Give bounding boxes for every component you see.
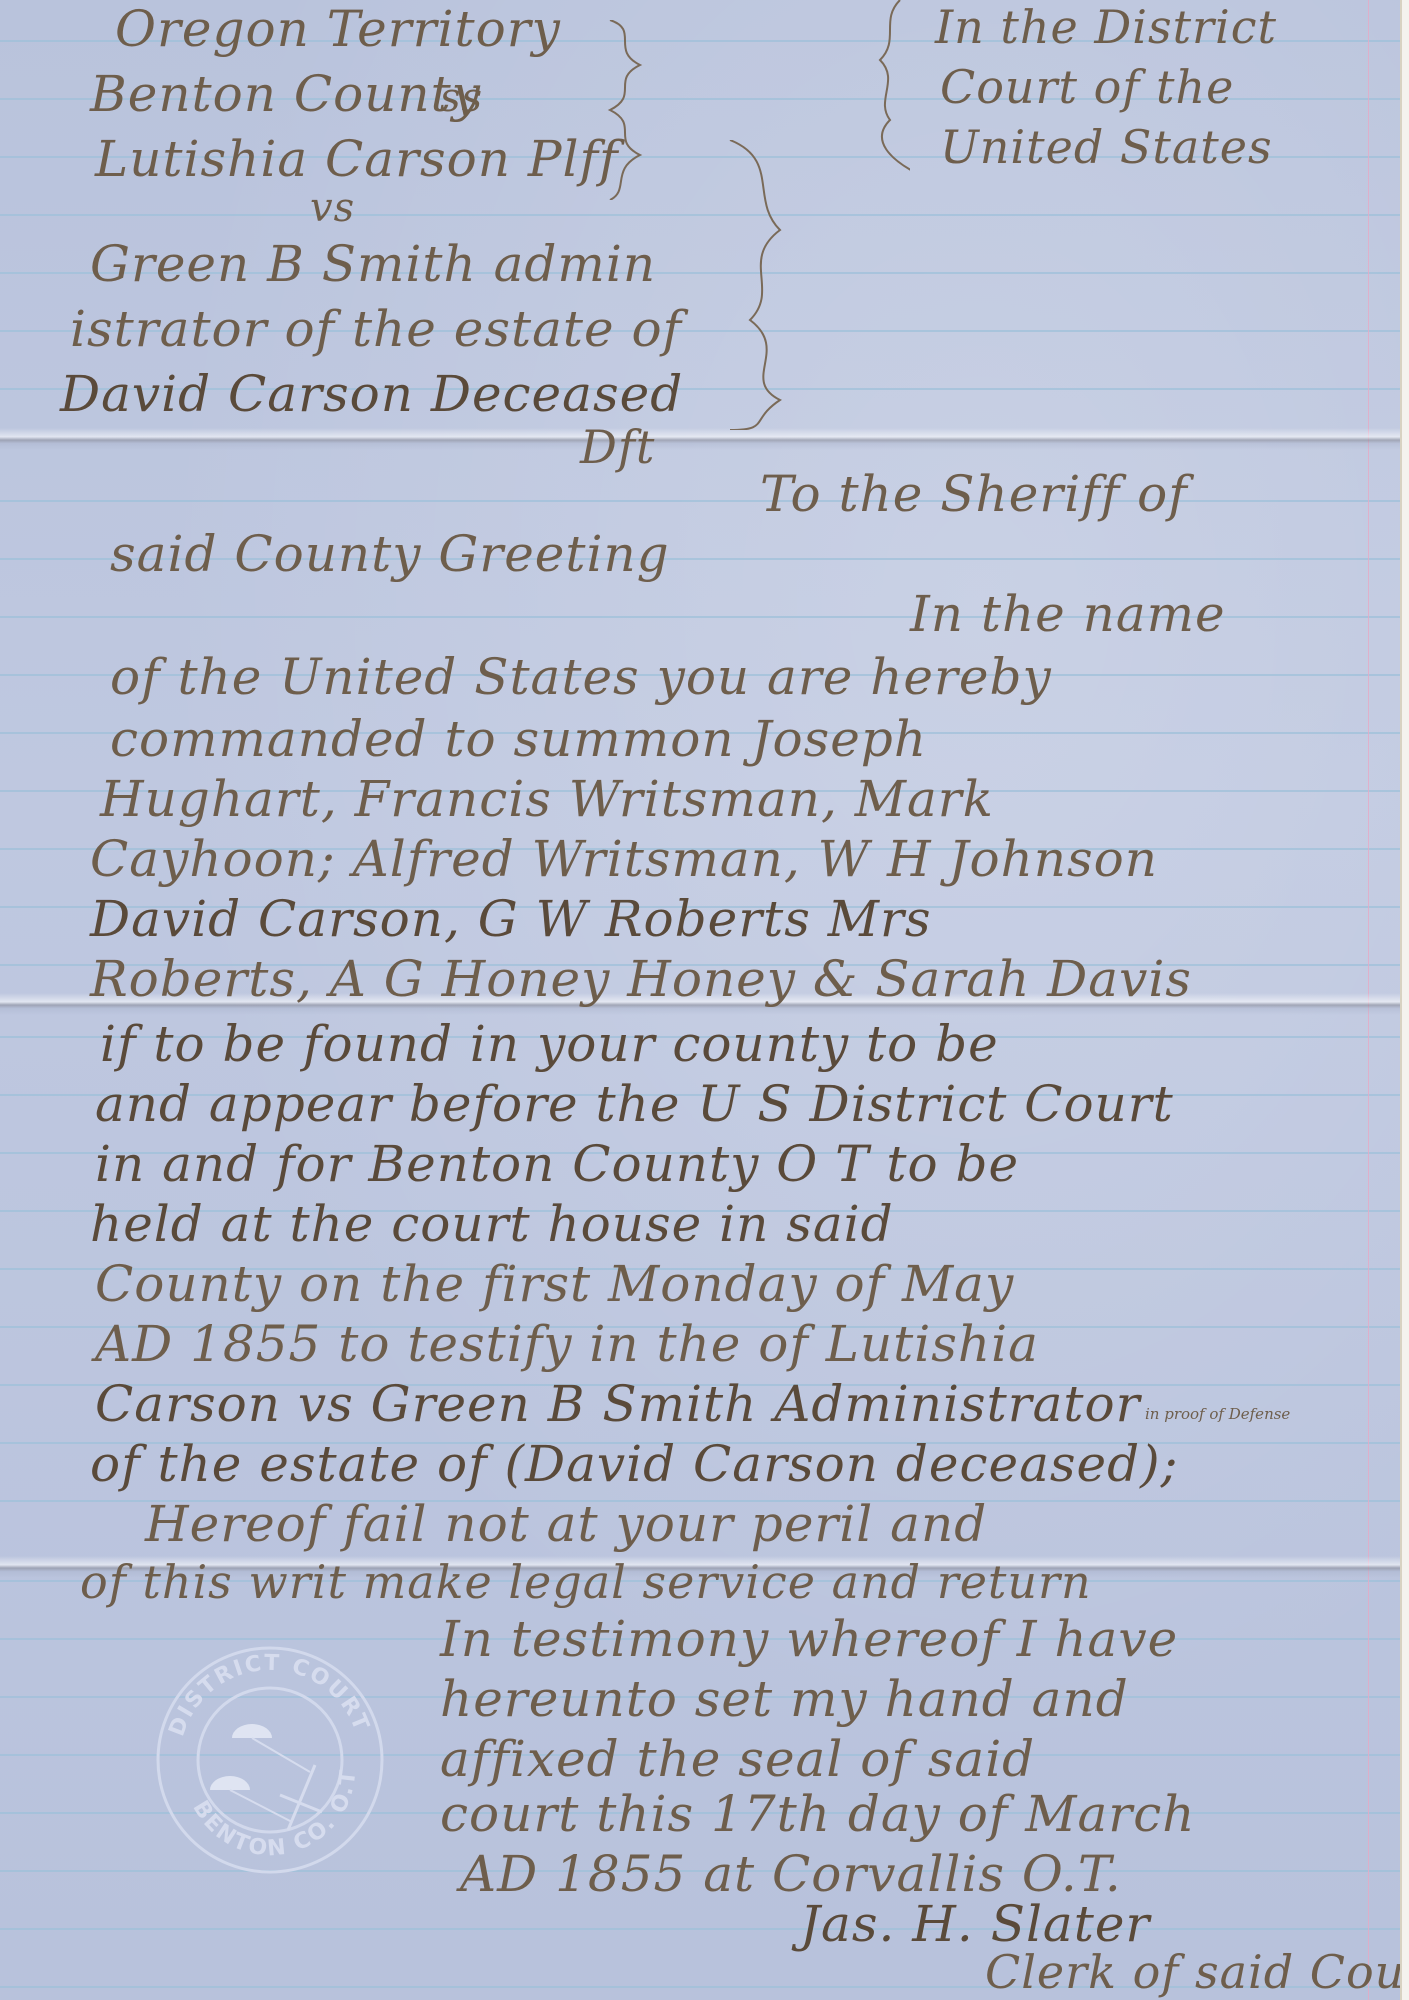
caption-ss: ss xyxy=(440,75,483,121)
ruled-line xyxy=(0,500,1400,502)
body-line: In the name xyxy=(910,585,1226,643)
body-line: Roberts, A G Honey Honey & Sarah Davis xyxy=(90,950,1192,1008)
seal-text-top: DISTRICT COURT xyxy=(165,1651,374,1740)
body-line: of the estate of (David Carson deceased)… xyxy=(90,1435,1179,1493)
document-page: Oregon Territory Benton County ss Lutish… xyxy=(0,0,1402,2000)
brace-right xyxy=(860,0,910,180)
fold-crease xyxy=(0,428,1400,450)
caption-vs: vs xyxy=(310,185,355,231)
body-line: To the Sheriff of xyxy=(760,465,1188,523)
body-line: and appear before the U S District Court xyxy=(95,1075,1174,1133)
clerk-title: Clerk of said Court xyxy=(985,1945,1402,1999)
body-line: commanded to summon Joseph xyxy=(110,710,927,768)
body-line: AD 1855 to testify in the of Lutishia xyxy=(95,1315,1039,1373)
caption-territory: Oregon Territory xyxy=(115,0,561,58)
court-line-1: In the District xyxy=(935,0,1277,54)
body-line: Hughart, Francis Writsman, Mark xyxy=(100,770,994,828)
caption-plaintiff: Lutishia Carson Plff xyxy=(95,130,619,188)
caption-defendant-1: Green B Smith admin xyxy=(90,235,656,293)
court-seal-icon: DISTRICT COURT BENTON CO. O.T. xyxy=(150,1640,390,1880)
body-line: of this writ make legal service and retu… xyxy=(80,1555,1092,1609)
attestation-line: In testimony whereof I have xyxy=(440,1610,1178,1668)
caption-dft: Dft xyxy=(580,420,655,474)
caption-defendant-3: David Carson Deceased xyxy=(60,365,683,423)
brace-left xyxy=(600,20,660,200)
ruled-line xyxy=(0,1928,1400,1930)
body-line: Carson vs Green B Smith Administrator xyxy=(95,1375,1141,1433)
attestation-line: court this 17th day of March xyxy=(440,1785,1195,1843)
body-line: if to be found in your county to be xyxy=(100,1015,999,1073)
body-line: David Carson, G W Roberts Mrs xyxy=(90,890,932,948)
body-line: of the United States you are hereby xyxy=(110,648,1052,706)
court-line-3: United States xyxy=(940,120,1273,174)
body-line: held at the court house in said xyxy=(90,1195,894,1253)
body-line: County on the first Monday of May xyxy=(95,1255,1014,1313)
caption-county: Benton County xyxy=(90,65,481,123)
court-line-2: Court of the xyxy=(940,60,1234,114)
attestation-line: affixed the seal of said xyxy=(440,1730,1035,1788)
body-line: said County Greeting xyxy=(110,525,670,583)
body-line: Hereof fail not at your peril and xyxy=(145,1495,987,1553)
brace-center xyxy=(720,140,800,430)
interlineation: in proof of Defense xyxy=(1145,1405,1290,1423)
attestation-line: hereunto set my hand and xyxy=(440,1670,1129,1728)
body-line: Cayhoon; Alfred Writsman, W H Johnson xyxy=(90,830,1158,888)
caption-defendant-2: istrator of the estate of xyxy=(70,300,682,358)
ruled-line xyxy=(0,214,1400,216)
body-line: in and for Benton County O T to be xyxy=(95,1135,1019,1193)
